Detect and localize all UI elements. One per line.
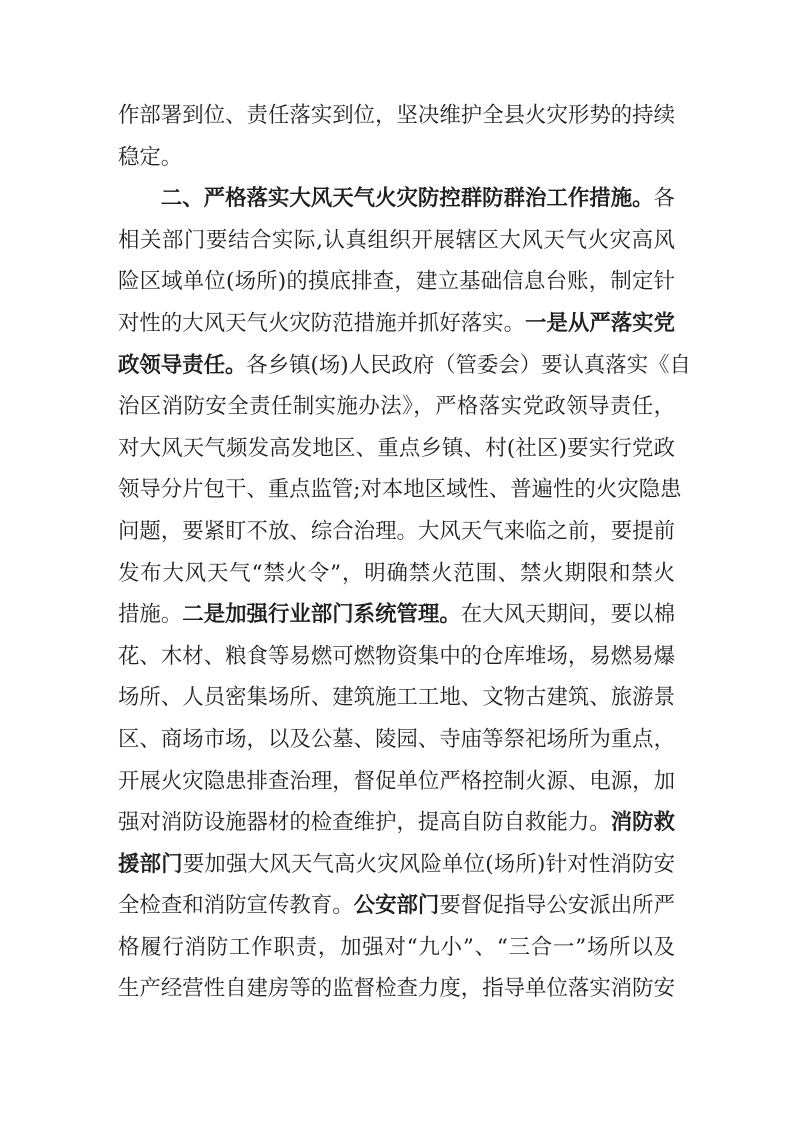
text-line: 花、木材、粮食等易燃可燃物资集中的仓库堆场，易燃易爆 xyxy=(118,636,675,678)
text-line: 对性的大风天气火灾防范措施并抓好落实。一是从严落实党 xyxy=(118,303,675,345)
text-run: 强对消防设施器材的检查维护，提高自防自救能力。 xyxy=(118,810,611,835)
text-run: 险区域单位(场所)的摸底排查，建立基础信息台账，制定针 xyxy=(118,269,675,294)
text-run: 领导分片包干、重点监管;对本地区域性、普遍性的火灾隐患 xyxy=(118,477,681,502)
text-run: 相关部门要结合实际,认真组织开展辖区大风天气火灾高风 xyxy=(118,228,675,253)
text-run: 要督促指导公安派出所严 xyxy=(439,893,675,918)
text-line: 区、商场市场，以及公墓、陵园、寺庙等祭祀场所为重点， xyxy=(118,719,675,761)
text-run: 开展火灾隐患排查治理，督促单位严格控制火源、电源，加 xyxy=(118,769,675,794)
text-line: 治区消防安全责任制实施办法》，严格落实党政领导责任， xyxy=(118,386,675,428)
text-line: 发布大风天气“禁火令”，明确禁火范围、禁火期限和禁火 xyxy=(118,553,675,595)
text-run: 区、商场市场，以及公墓、陵园、寺庙等祭祀场所为重点， xyxy=(118,727,675,752)
text-run: 问题，要紧盯不放、综合治理。大风天气来临之前，要提前 xyxy=(118,519,675,544)
text-line: 措施。二是加强行业部门系统管理。在大风天期间，要以棉 xyxy=(118,594,675,636)
text-line: 生产经营性自建房等的监督检查力度，指导单位落实消防安 xyxy=(118,968,675,1010)
text-run: 场所、人员密集场所、建筑施工工地、文物古建筑、旅游景 xyxy=(118,685,675,710)
bold-text-run: 援部门 xyxy=(118,852,183,877)
text-run: 作部署到位、责任落实到位，坚决维护全县火灾形势的持续 xyxy=(118,103,675,128)
bold-text-run: 公安部门 xyxy=(354,893,440,918)
text-line: 格履行消防工作职责，加强对“九小”、“三合一”场所以及 xyxy=(118,927,675,969)
bold-text-run: 一是从严落实党 xyxy=(525,311,675,336)
text-body: 作部署到位、责任落实到位，坚决维护全县火灾形势的持续稳定。二、严格落实大风天气火… xyxy=(118,95,675,1010)
text-line: 稳定。 xyxy=(118,137,675,179)
document-page: 作部署到位、责任落实到位，坚决维护全县火灾形势的持续稳定。二、严格落实大风天气火… xyxy=(0,0,793,1122)
text-line: 政领导责任。各乡镇(场)人民政府（管委会）要认真落实《自 xyxy=(118,345,675,387)
text-line: 作部署到位、责任落实到位，坚决维护全县火灾形势的持续 xyxy=(118,95,675,137)
text-line: 问题，要紧盯不放、综合治理。大风天气来临之前，要提前 xyxy=(118,511,675,553)
text-run: 生产经营性自建房等的监督检查力度，指导单位落实消防安 xyxy=(118,976,675,1001)
text-line: 对大风天气频发高发地区、重点乡镇、村(社区)要实行党政 xyxy=(118,428,675,470)
text-line: 全检查和消防宣传教育。公安部门要督促指导公安派出所严 xyxy=(118,885,675,927)
text-run: 各 xyxy=(654,186,675,211)
text-line: 援部门要加强大风天气高火灾风险单位(场所)针对性消防安 xyxy=(118,844,675,886)
bold-text-run: 二是加强行业部门系统管理。 xyxy=(182,602,461,627)
text-line: 相关部门要结合实际,认真组织开展辖区大风天气火灾高风 xyxy=(118,220,675,262)
text-run: 治区消防安全责任制实施办法》，严格落实党政领导责任， xyxy=(118,394,675,419)
text-line: 强对消防设施器材的检查维护，提高自防自救能力。消防救 xyxy=(118,802,675,844)
bold-text-run: 二、严格落实大风天气火灾防控群防群治工作措施。 xyxy=(161,186,654,211)
text-run: 全检查和消防宣传教育。 xyxy=(118,893,354,918)
text-run: 在大风天期间，要以棉 xyxy=(461,602,675,627)
text-run: 措施。 xyxy=(118,602,182,627)
text-run: 格履行消防工作职责，加强对“九小”、“三合一”场所以及 xyxy=(118,935,675,960)
bold-text-run: 消防救 xyxy=(611,810,675,835)
text-run: 花、木材、粮食等易燃可燃物资集中的仓库堆场，易燃易爆 xyxy=(118,644,675,669)
text-line: 险区域单位(场所)的摸底排查，建立基础信息台账，制定针 xyxy=(118,261,675,303)
text-run: 要加强大风天气高火灾风险单位(场所)针对性消防安 xyxy=(183,852,675,877)
text-run: 对性的大风天气火灾防范措施并抓好落实。 xyxy=(118,311,525,336)
text-line: 场所、人员密集场所、建筑施工工地、文物古建筑、旅游景 xyxy=(118,677,675,719)
text-line: 二、严格落实大风天气火灾防控群防群治工作措施。各 xyxy=(118,178,675,220)
text-line: 开展火灾隐患排查治理，督促单位严格控制火源、电源，加 xyxy=(118,761,675,803)
text-line: 领导分片包干、重点监管;对本地区域性、普遍性的火灾隐患 xyxy=(118,469,675,511)
bold-text-run: 政领导责任。 xyxy=(118,353,246,378)
text-run: 各乡镇(场)人民政府（管委会）要认真落实《自 xyxy=(246,353,691,378)
text-run: 对大风天气频发高发地区、重点乡镇、村(社区)要实行党政 xyxy=(118,436,675,461)
text-run: 发布大风天气“禁火令”，明确禁火范围、禁火期限和禁火 xyxy=(118,561,675,586)
text-run: 稳定。 xyxy=(118,145,182,170)
